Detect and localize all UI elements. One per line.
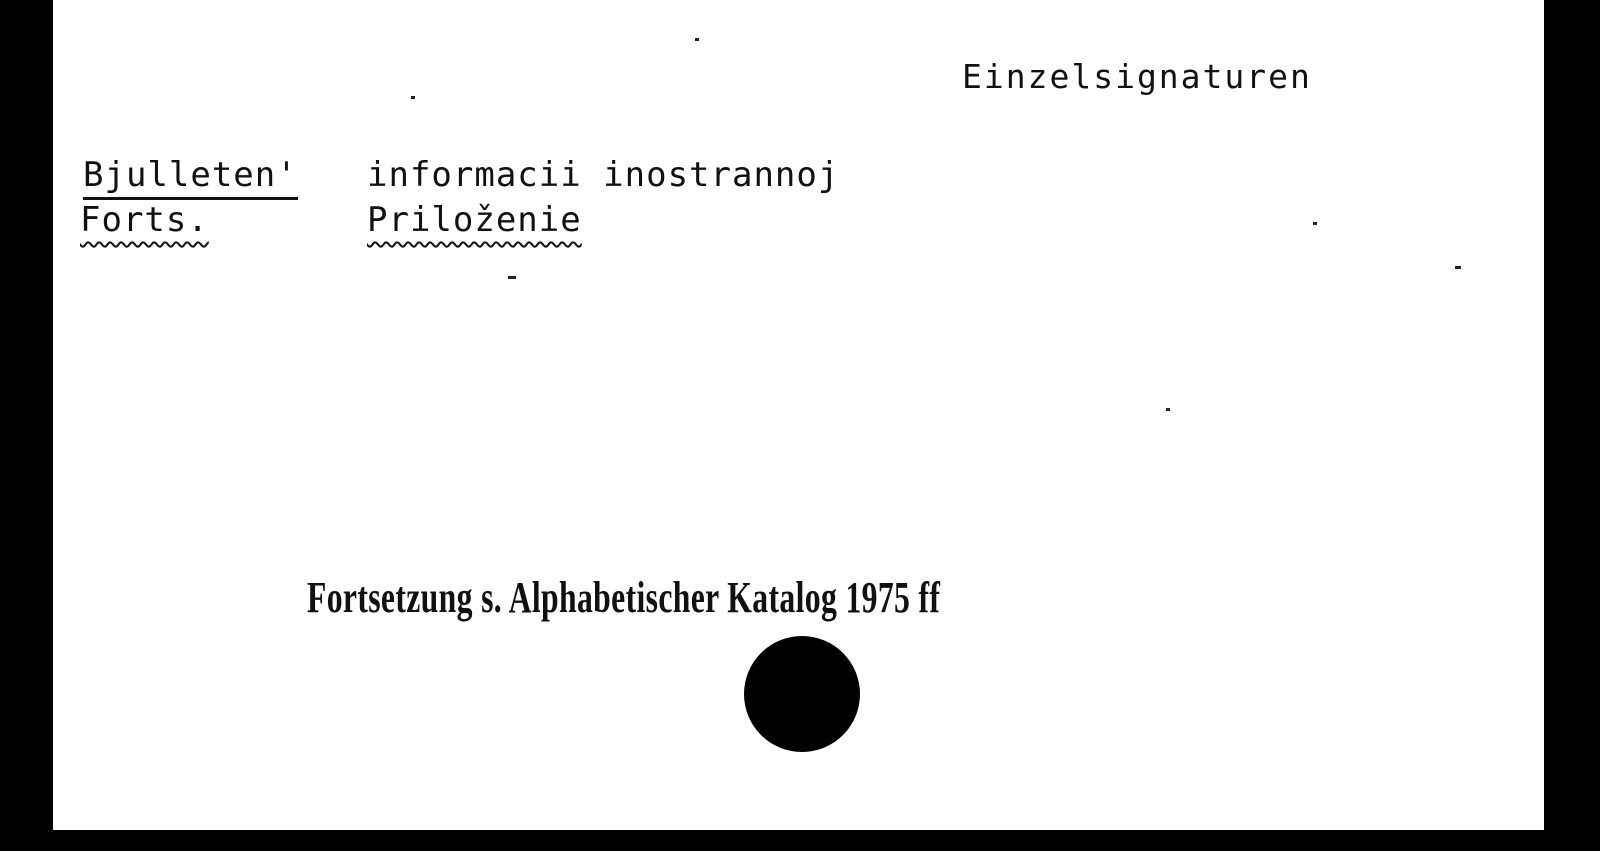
supplement-label: Priloženie (367, 203, 582, 237)
scan-speck (1313, 222, 1317, 225)
punch-hole (744, 636, 860, 752)
signature-heading: Einzelsignaturen (962, 60, 1312, 93)
scan-speck (411, 96, 415, 99)
continuation-label: Forts. (80, 203, 209, 237)
scanned-catalog-card: Einzelsignaturen Bjulleten' informacii i… (0, 0, 1600, 851)
supplement-label-text: Priloženie (367, 200, 582, 240)
catalog-card: Einzelsignaturen Bjulleten' informacii i… (53, 0, 1544, 830)
title-first-word-text: Bjulleten' (83, 155, 298, 200)
title-rest: informacii inostrannoj (367, 158, 839, 192)
scan-speck (695, 38, 699, 41)
scan-speck (508, 276, 516, 279)
continuation-stamp: Fortsetzung s. Alphabetischer Katalog 19… (307, 572, 940, 623)
title-first-word: Bjulleten' (83, 158, 298, 192)
scan-speck (1166, 408, 1170, 411)
scan-speck (1455, 266, 1461, 269)
continuation-label-text: Forts. (80, 200, 209, 240)
